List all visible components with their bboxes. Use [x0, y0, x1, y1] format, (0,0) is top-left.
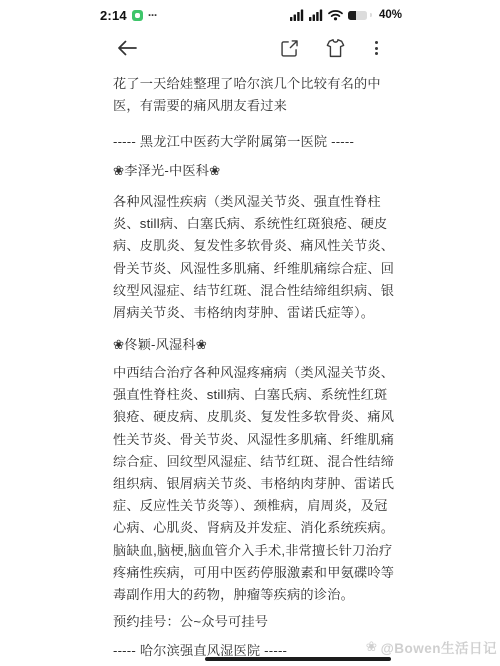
flower-icon: ❀	[366, 639, 378, 655]
doctor-1-description: 各种风湿性疾病（类风湿关节炎、强直性脊柱炎、still病、白塞氏病、系统性红斑狼…	[113, 191, 400, 324]
battery-icon	[348, 11, 367, 20]
wifi-icon	[328, 9, 343, 21]
hospital-header-1: ----- 黑龙江中医药大学附属第一医院 -----	[113, 131, 400, 153]
share-button[interactable]	[279, 38, 300, 59]
cellular-signal-icon-sim1	[290, 9, 304, 21]
doctor-2-description: 中西结合治疗各种风湿疼痛病（类风湿关节炎、强直性脊柱炎、still病、白塞氏病、…	[113, 362, 400, 606]
booking-info: 预约挂号：公~众号可挂号	[113, 611, 400, 633]
notification-more-dots: ···	[148, 8, 157, 22]
kebab-dot	[375, 52, 378, 55]
kebab-dot	[375, 47, 378, 50]
watermark: ❀ @Bowen生活日记	[366, 637, 497, 657]
back-button[interactable]	[116, 39, 138, 57]
share-external-icon	[279, 38, 300, 59]
arrow-left-icon	[116, 39, 138, 57]
theme-skin-button[interactable]	[325, 38, 346, 59]
phone-screenshot: 2:14 ··· 40%	[0, 0, 500, 666]
battery-percent: 40%	[379, 9, 402, 21]
nav-bar	[100, 34, 400, 62]
underline-mark	[205, 657, 391, 661]
doctor-2-name: ❀佟颖-风湿科❀	[113, 334, 400, 356]
watermark-text: @Bowen生活日记	[381, 637, 497, 657]
t-shirt-icon	[325, 38, 346, 59]
more-menu-button[interactable]	[371, 39, 382, 57]
notification-app-icon	[132, 10, 143, 21]
note-intro: 花了一天给娃整理了哈尔滨几个比较有名的中医，有需要的痛风朋友看过来	[113, 73, 400, 117]
status-time: 2:14	[100, 8, 127, 23]
battery-cap	[370, 13, 372, 17]
cellular-signal-icon-sim2	[309, 9, 323, 21]
kebab-dot	[375, 41, 378, 44]
status-bar: 2:14 ··· 40%	[100, 5, 402, 25]
doctor-1-name: ❀李泽光-中医科❀	[113, 160, 400, 182]
